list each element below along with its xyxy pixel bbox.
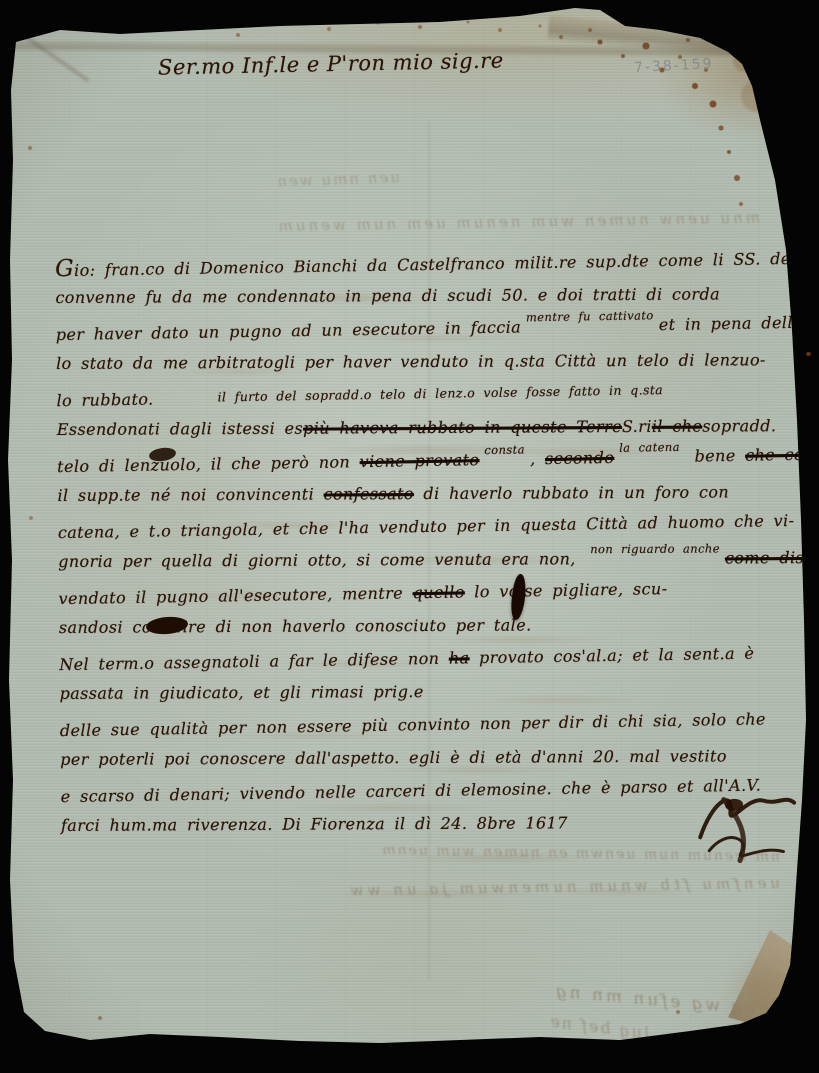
handwritten-text: et in pena dell'esilio dal- (659, 311, 819, 334)
struck-text: viene provato (360, 450, 480, 471)
handwritten-text: catena, e t.o triangola, et che l'ha ven… (58, 511, 795, 542)
handwritten-text: sandosi con dire di non haverlo conosciu… (59, 615, 532, 636)
handwritten-text: Nel term.o assegnatoli a far le difese n… (59, 649, 449, 674)
struck-text: confessato (324, 484, 414, 503)
background-speck (806, 352, 811, 356)
struck-text: ha (449, 648, 470, 667)
struck-text: il che (652, 417, 703, 436)
handwritten-text: S.ri (622, 417, 652, 436)
struck-text: come diss'e (725, 548, 819, 568)
handwritten-text: provato cos'al.a; et la sent.a è (469, 644, 754, 668)
scan-background: uen nmu wenmnu uenw numen wum nenum uem … (0, 0, 819, 1073)
manuscript-page: uen nmu wenmnu uenw numen wum nenum uem … (0, 0, 819, 1073)
handwritten-text: convenne fu da me condennato in pena di … (55, 284, 720, 306)
handwritten-text: di haverlo rubbato in un foro con (414, 482, 729, 503)
signature-flourish (689, 778, 806, 885)
struck-text: secondo (545, 448, 615, 468)
interlinear-insertion: consta (484, 442, 525, 457)
handwritten-text: farci hum.ma riverenza. Di Fiorenza il d… (61, 813, 568, 835)
struck-text: quello (412, 582, 465, 602)
bleedthrough-text: uen nmu wen (180, 168, 400, 194)
handwritten-text: il supp.te né noi convincenti (57, 485, 323, 505)
handwritten-text: passata in giudicato, et gli rimasi prig… (60, 682, 424, 703)
bleedthrough-text: mnu uenw numen wum nenum uem num wenum (140, 209, 760, 238)
handwritten-text: per poterli poi conoscere dall'aspetto. … (60, 746, 727, 768)
handwritten-text: lo volse pigliare, scu- (465, 579, 668, 601)
handwritten-text: gnoria per quella di giorni otto, si com… (58, 549, 585, 571)
handwritten-text: delle sue qualità per non essere più con… (60, 709, 766, 740)
handwritten-text: per haver dato un pugno ad un esecutore … (56, 317, 522, 344)
handwritten-text: lo stato da me arbitratogli per haver ve… (56, 350, 766, 373)
handwritten-text: telo di lenzuolo, il che però non (57, 452, 360, 476)
handwritten-text: e scarso di denari; vivendo nelle carcer… (60, 776, 761, 807)
interlinear-insertion: non riguardo anche (590, 541, 720, 556)
handwritten-text: , (530, 449, 545, 468)
interlinear-insertion: mentre fu cattivato (526, 308, 654, 324)
archival-number: 7-38-159 (634, 56, 714, 76)
handwritten-text: sopradd. (702, 416, 776, 435)
manuscript-lines: Gio: fran.co di Domenico Bianchi da Cast… (55, 242, 803, 844)
interlinear-insertion: la catena (619, 440, 680, 455)
handwritten-text: Essendonati dagli istessi es (57, 419, 303, 439)
handwritten-text: vendato il pugno all'esecutore, mentre (58, 583, 412, 608)
handwritten-text: bene (685, 446, 745, 466)
handwritten-text: lo rubbato. (56, 390, 153, 411)
struck-text: che confessato (745, 444, 819, 465)
struck-text: più haveva rubbato in queste Terre (303, 417, 622, 438)
handwritten-text: Gio: fran.co di Domenico Bianchi da Cast… (55, 249, 796, 280)
bottom-right-curl (728, 930, 798, 1025)
small-inline-text: il furto del sopradd.o telo di lenz.o vo… (217, 382, 663, 404)
